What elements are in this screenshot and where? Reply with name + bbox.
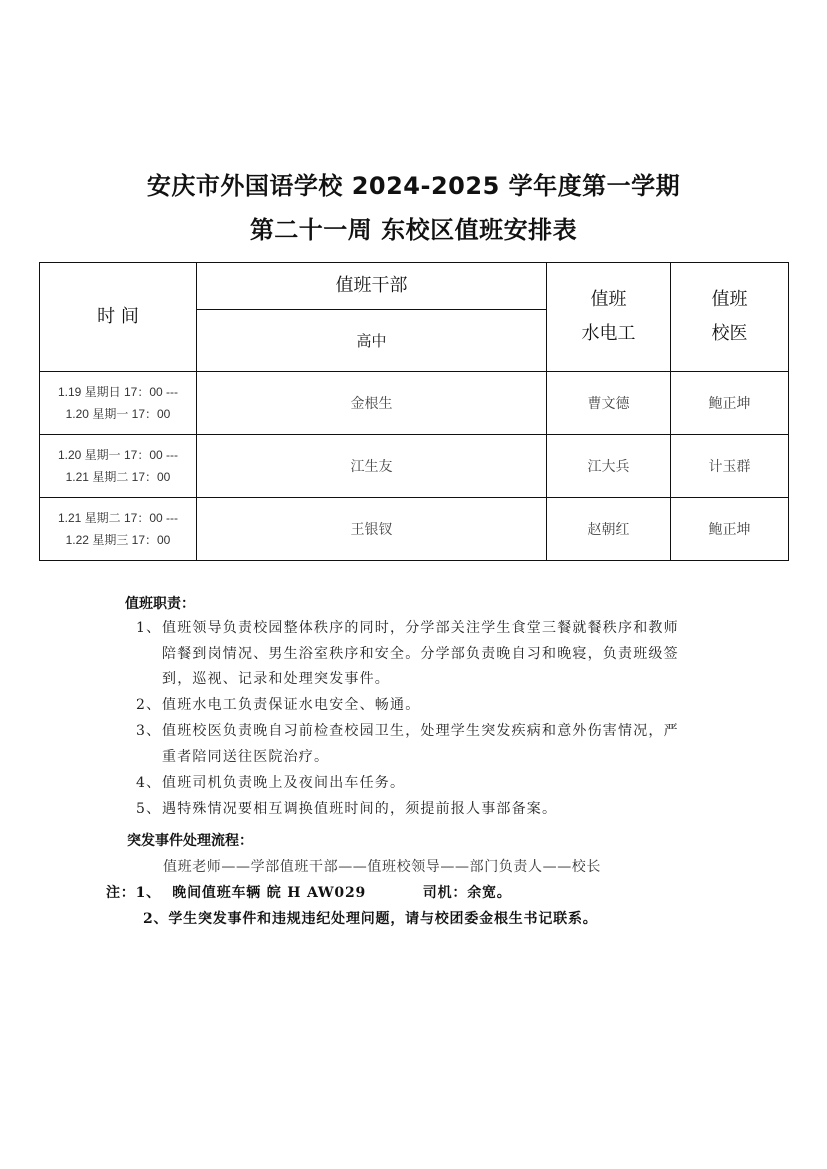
note-vehicle: 注：1、 晚间值班车辆 皖 H AW029 司机：余宽。 <box>106 882 512 902</box>
table-row: 1.19 星期日 17：00 --- 1.20 星期一 17：00 金根生 曹文… <box>40 372 789 435</box>
table-row: 1.20 星期一 17：00 --- 1.21 星期二 17：00 江生友 江大… <box>40 435 789 498</box>
responsibilities-heading: 值班职责： <box>125 593 195 613</box>
time-cell: 1.20 星期一 17：00 --- 1.21 星期二 17：00 <box>40 435 197 498</box>
document-subtitle: 第二十一周 东校区值班安排表 <box>0 210 827 245</box>
doctor-cell: 鲍正坤 <box>671 372 789 435</box>
cadre-cell: 江生友 <box>197 435 547 498</box>
emergency-process-flow: 值班老师——学部值班干部——值班校领导——部门负责人——校长 <box>163 856 601 876</box>
responsibility-item-5: 5、遇特殊情况要相互调换值班时间的，须提前报人事部备案。 <box>136 797 736 823</box>
duty-schedule-table: 时 间 值班干部 值班 水电工 值班 校医 高中 1.19 星期日 17：00 … <box>39 262 789 561</box>
electrician-cell: 江大兵 <box>547 435 671 498</box>
cadre-cell: 金根生 <box>197 372 547 435</box>
responsibility-item-1: 1、值班领导负责校园整体秩序的同时，分学部关注学生食堂三餐就餐秩序和教师 陪餐到… <box>136 616 736 693</box>
header-electrician: 值班 水电工 <box>547 263 671 372</box>
responsibility-item-3: 3、值班校医负责晚自习前检查校园卫生，处理学生突发疾病和意外伤害情况，严 重者陪… <box>136 719 736 770</box>
header-doctor: 值班 校医 <box>671 263 789 372</box>
note-contact: 2、学生突发事件和违规违纪处理问题，请与校团委金根生书记联系。 <box>143 908 598 928</box>
emergency-process-heading: 突发事件处理流程： <box>127 830 253 850</box>
doctor-cell: 鲍正坤 <box>671 498 789 561</box>
time-cell: 1.21 星期二 17：00 --- 1.22 星期三 17：00 <box>40 498 197 561</box>
electrician-cell: 赵朝红 <box>547 498 671 561</box>
header-cadre-high-school: 高中 <box>197 310 547 372</box>
document-title: 安庆市外国语学校 2024-2025 学年度第一学期 <box>0 166 827 201</box>
cadre-cell: 王银钗 <box>197 498 547 561</box>
doctor-cell: 计玉群 <box>671 435 789 498</box>
responsibility-item-2: 2、值班水电工负责保证水电安全、畅通。 <box>136 693 736 719</box>
responsibility-item-4: 4、值班司机负责晚上及夜间出车任务。 <box>136 771 736 797</box>
header-cadre: 值班干部 <box>197 263 547 310</box>
header-time: 时 间 <box>40 263 197 372</box>
time-cell: 1.19 星期日 17：00 --- 1.20 星期一 17：00 <box>40 372 197 435</box>
table-row: 1.21 星期二 17：00 --- 1.22 星期三 17：00 王银钗 赵朝… <box>40 498 789 561</box>
electrician-cell: 曹文德 <box>547 372 671 435</box>
